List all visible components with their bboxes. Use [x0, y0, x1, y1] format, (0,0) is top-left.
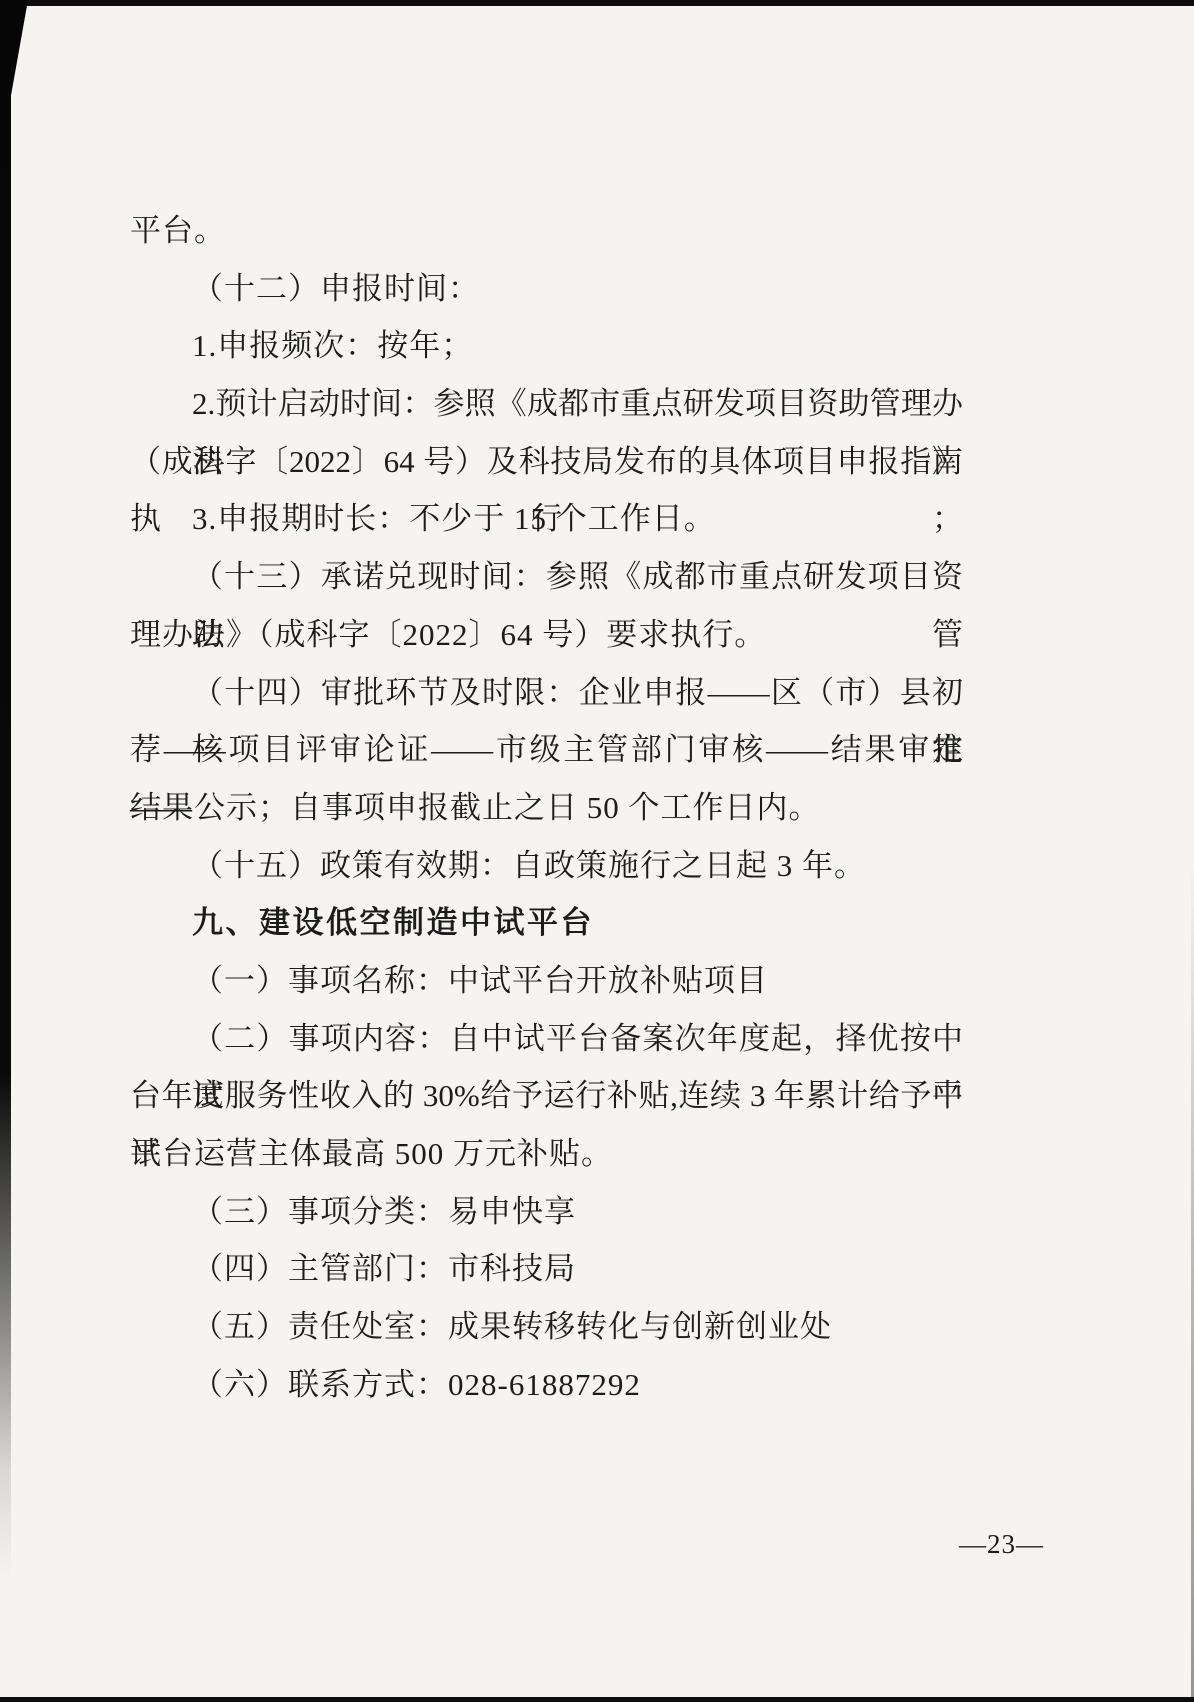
- text-line-platform-end: 平台。: [130, 202, 963, 260]
- text-line-item-12-heading: （十二）申报时间：: [130, 260, 963, 318]
- text-line-12-2-b: （成科字〔2022〕64 号）及科技局发布的具体项目申报指南执行；: [130, 433, 963, 491]
- text-line-item-2-a: （二）事项内容：自中试平台备案次年度起，择优按中试平: [130, 1010, 963, 1068]
- text-line-item-14-c: 结果公示；自事项申报截止之日 50 个工作日内。: [130, 779, 963, 837]
- text-line-item-6: （六）联系方式：028-61887292: [130, 1356, 963, 1414]
- page-number: —23—: [959, 1528, 1044, 1560]
- text-line-12-2-a: 2.预计启动时间：参照《成都市重点研发项目资助管理办法》: [130, 375, 963, 433]
- section-9-heading: 九、建设低空制造中试平台: [130, 894, 963, 952]
- text-line-item-13-a: （十三）承诺兑现时间：参照《成都市重点研发项目资助管: [130, 548, 963, 606]
- scan-edge-corner: [0, 0, 28, 110]
- text-line-item-15: （十五）政策有效期：自政策施行之日起 3 年。: [130, 837, 963, 895]
- text-line-12-1: 1.申报频次：按年；: [130, 317, 963, 375]
- scan-edge-top: [0, 0, 1194, 6]
- text-line-item-2-b: 台年度服务性收入的 30%给予运行补贴,连续 3 年累计给予中试: [130, 1067, 963, 1125]
- text-line-item-2-c: 平台运营主体最高 500 万元补贴。: [130, 1125, 963, 1183]
- document-page: 平台。 （十二）申报时间： 1.申报频次：按年； 2.预计启动时间：参照《成都市…: [0, 0, 1194, 1702]
- scan-edge-left: [0, 0, 11, 1580]
- text-line-item-14-b: 荐——项目评审论证——市级主管部门审核——结果审定——: [130, 721, 963, 779]
- text-line-item-14-a: （十四）审批环节及时限：企业申报——区（市）县初核推: [130, 664, 963, 722]
- text-line-item-3: （三）事项分类：易申快享: [130, 1183, 963, 1241]
- text-line-item-1: （一）事项名称：中试平台开放补贴项目: [130, 952, 963, 1010]
- text-line-item-5: （五）责任处室：成果转移转化与创新创业处: [130, 1298, 963, 1356]
- text-line-item-4: （四）主管部门：市科技局: [130, 1240, 963, 1298]
- document-body: 平台。 （十二）申报时间： 1.申报频次：按年； 2.预计启动时间：参照《成都市…: [130, 202, 963, 1413]
- scan-edge-bottom: [0, 1697, 1194, 1702]
